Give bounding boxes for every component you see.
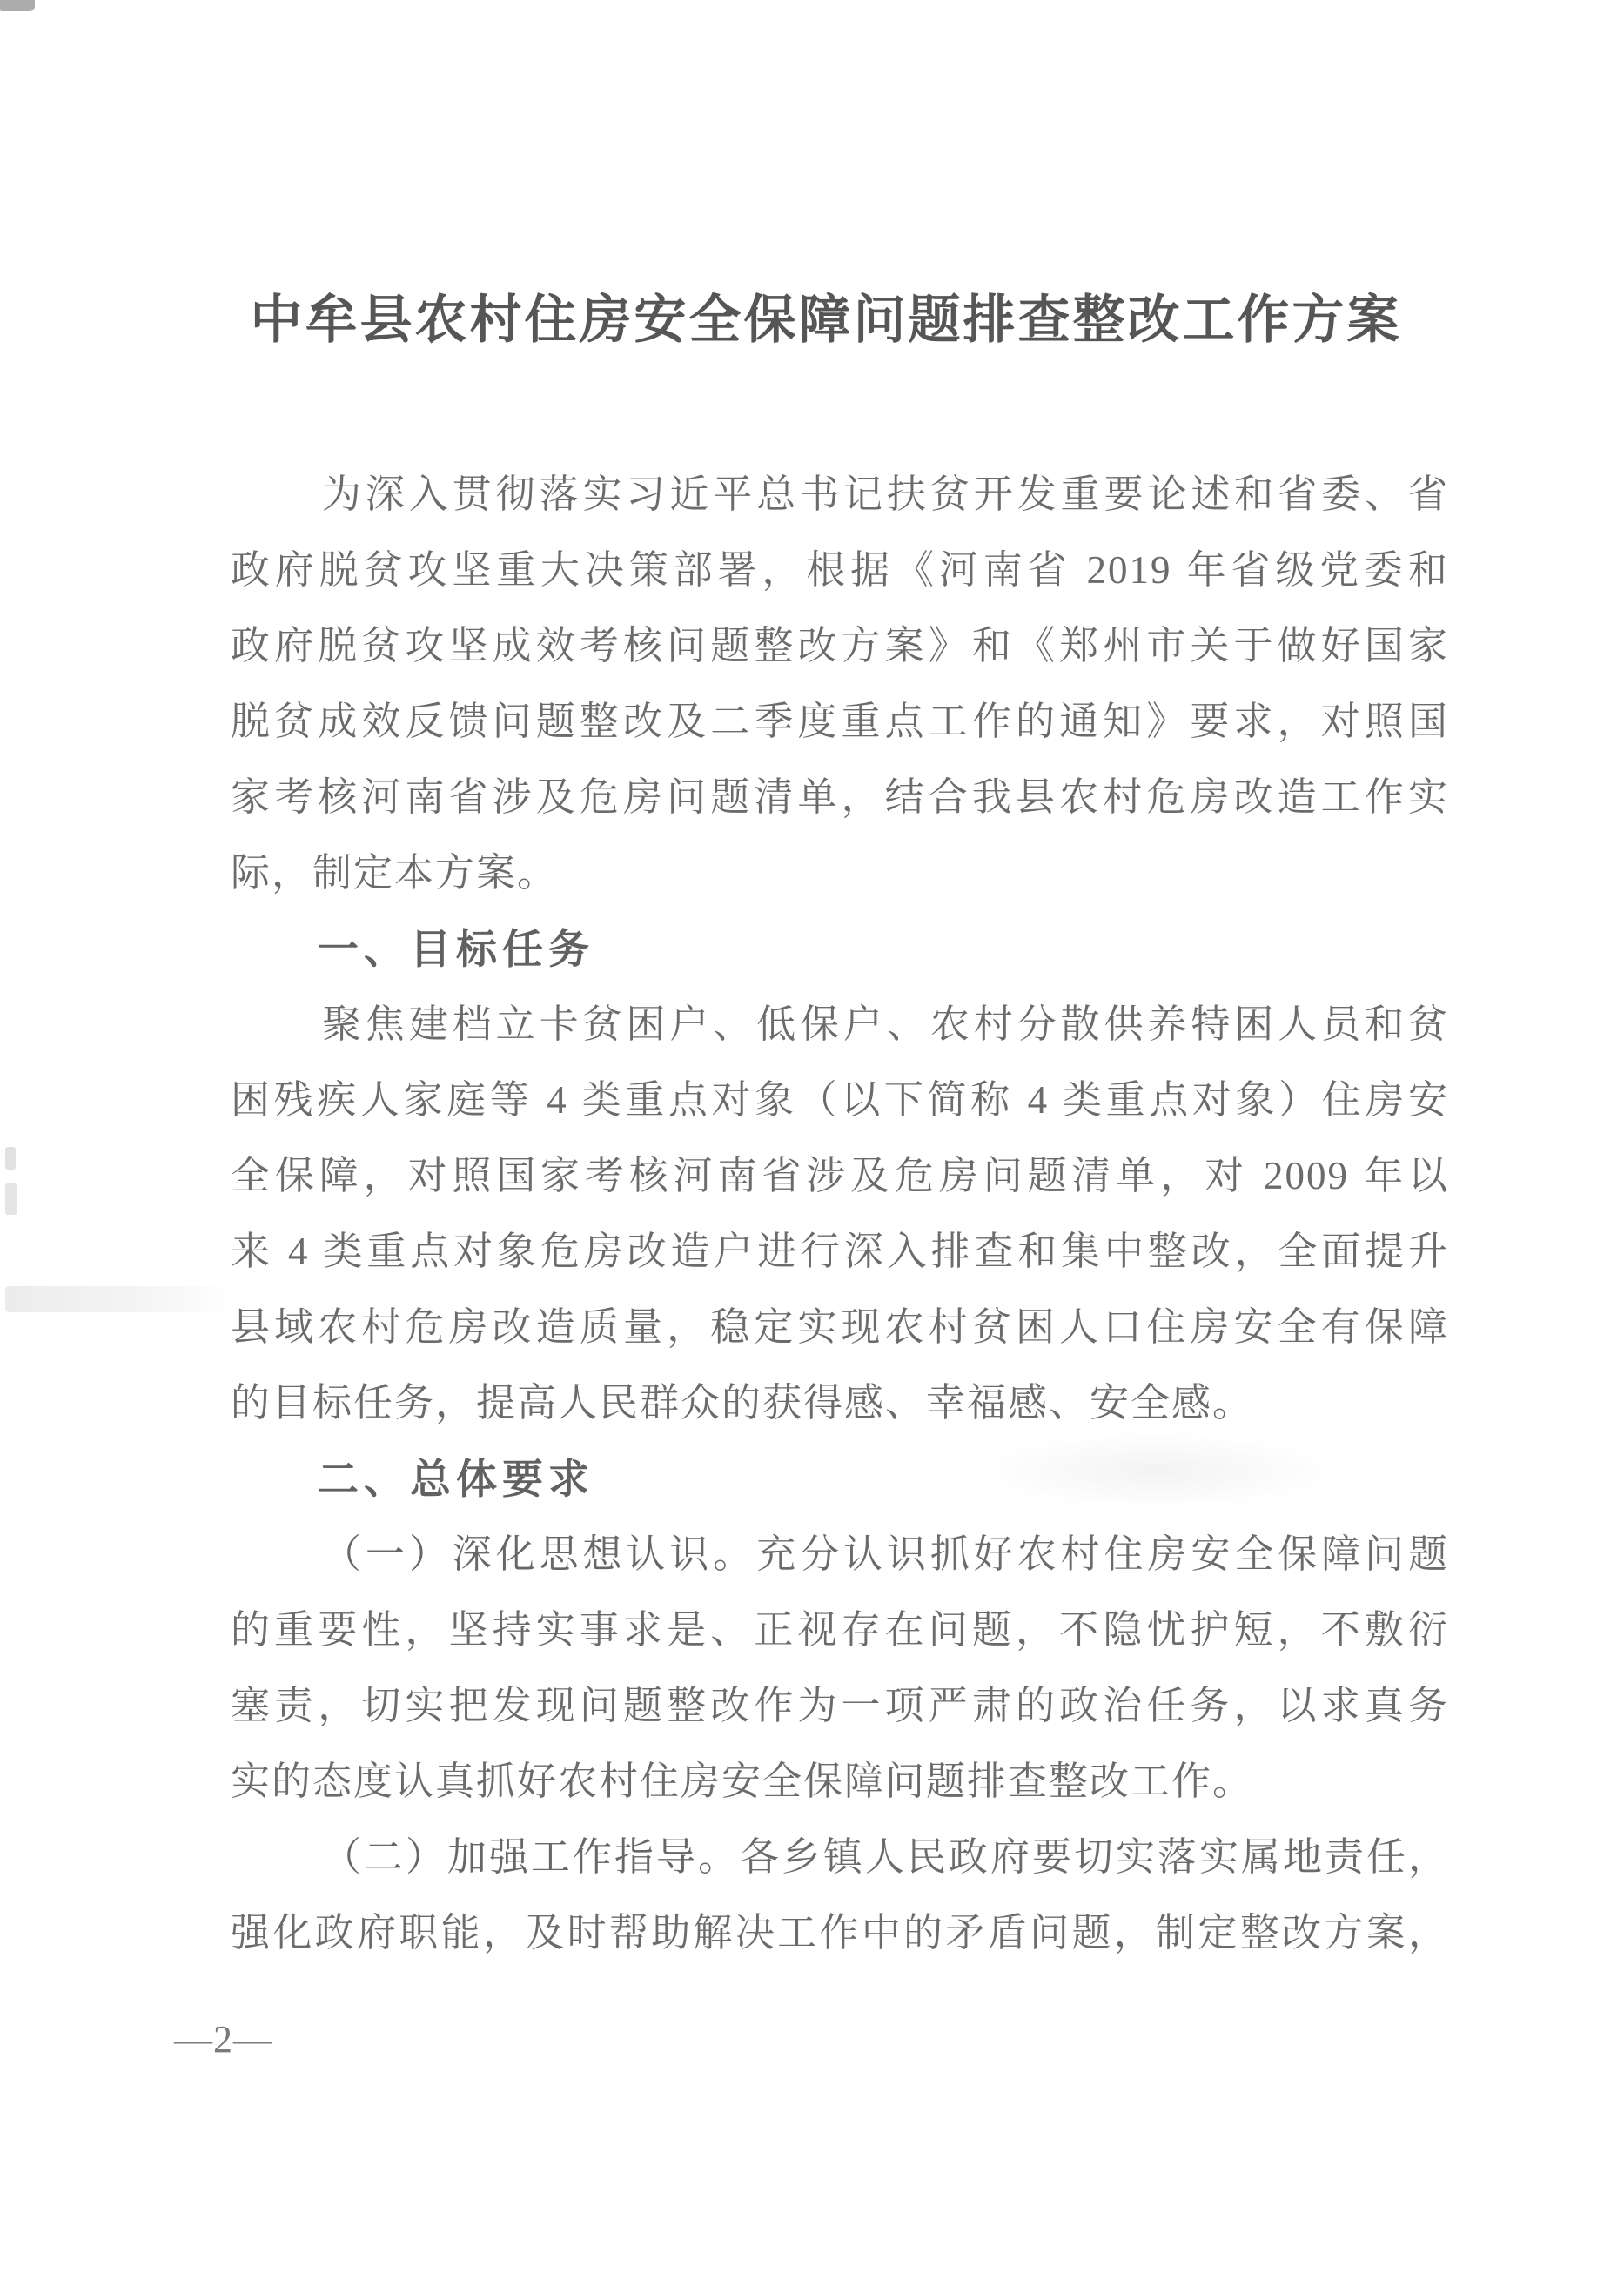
scan-artifact-left-edge-2 [5,1183,17,1215]
document-title: 中牟县农村住房安全保障问题排查整改工作方案 [203,287,1449,353]
text-line: （一）深化思想认识。充分认识抓好农村住房安全保障问题 [231,1517,1449,1592]
text-line: 脱贫成效反馈问题整改及二季度重点工作的通知》要求，对照国 [231,684,1449,760]
section-heading-1: 一、目标任务 [231,911,1449,987]
paragraph-objectives: 聚焦建档立卡贫困户、低保户、农村分散供养特困人员和贫 困残疾人家庭等 4 类重点… [231,987,1449,1441]
text-line: 全保障，对照国家考核河南省涉及危房问题清单，对 2009 年以 [231,1138,1449,1214]
text-line: 政府脱贫攻坚重大决策部署，根据《河南省 2019 年省级党委和 [231,533,1449,608]
text-line: 际，制定本方案。 [231,835,1449,911]
paragraph-item-2: （二）加强工作指导。各乡镇人民政府要切实落实属地责任， 强化政府职能，及时帮助解… [231,1820,1449,1971]
text-line: 为深入贯彻落实习近平总书记扶贫开发重要论述和省委、省 [231,457,1449,533]
text-line: 强化政府职能，及时帮助解决工作中的矛盾问题，制定整改方案， [231,1895,1449,1971]
item-lead-2: （二）加强工作指导。 [322,1835,740,1879]
paragraph-item-1: （一）深化思想认识。充分认识抓好农村住房安全保障问题 的重要性，坚持实事求是、正… [231,1517,1449,1820]
text-line: 实的态度认真抓好农村住房安全保障问题排查整改工作。 [231,1744,1449,1820]
page-number: —2— [174,2017,272,2062]
text-line: 的目标任务，提高人民群众的获得感、幸福感、安全感。 [231,1365,1449,1441]
text-line: 塞责，切实把发现问题整改作为一项严肃的政治任务，以求真务 [231,1668,1449,1744]
document-page: 中牟县农村住房安全保障问题排查整改工作方案 为深入贯彻落实习近平总书记扶贫开发重… [0,0,1624,2293]
text-line: （二）加强工作指导。各乡镇人民政府要切实落实属地责任， [231,1820,1449,1895]
item-lead-1-rest: 充分认识抓好农村住房安全保障问题 [756,1532,1449,1576]
scan-artifact-corner [0,0,35,11]
item-lead-1: （一）深化思想认识。 [322,1532,756,1576]
paragraph-preamble: 为深入贯彻落实习近平总书记扶贫开发重要论述和省委、省 政府脱贫攻坚重大决策部署，… [231,457,1449,911]
text-line: 来 4 类重点对象危房改造户进行深入排查和集中整改，全面提升 [231,1214,1449,1290]
text-line: 家考核河南省涉及危房问题清单，结合我县农村危房改造工作实 [231,760,1449,835]
text-line: 县域农村危房改造质量，稳定实现农村贫困人口住房安全有保障 [231,1290,1449,1365]
document-body: 为深入贯彻落实习近平总书记扶贫开发重要论述和省委、省 政府脱贫攻坚重大决策部署，… [231,457,1449,1971]
text-line: 的重要性，坚持实事求是、正视存在问题，不隐忧护短，不敷衍 [231,1592,1449,1668]
item-lead-2-rest: 各乡镇人民政府要切实落实属地责任， [740,1835,1449,1879]
section-heading-2: 二、总体要求 [231,1441,1449,1517]
text-line: 聚焦建档立卡贫困户、低保户、农村分散供养特困人员和贫 [231,987,1449,1063]
scan-artifact-left-band [5,1286,232,1312]
scan-artifact-left-edge-1 [5,1147,16,1170]
text-line: 困残疾人家庭等 4 类重点对象（以下简称 4 类重点对象）住房安 [231,1063,1449,1138]
text-line: 政府脱贫攻坚成效考核问题整改方案》和《郑州市关于做好国家 [231,608,1449,684]
